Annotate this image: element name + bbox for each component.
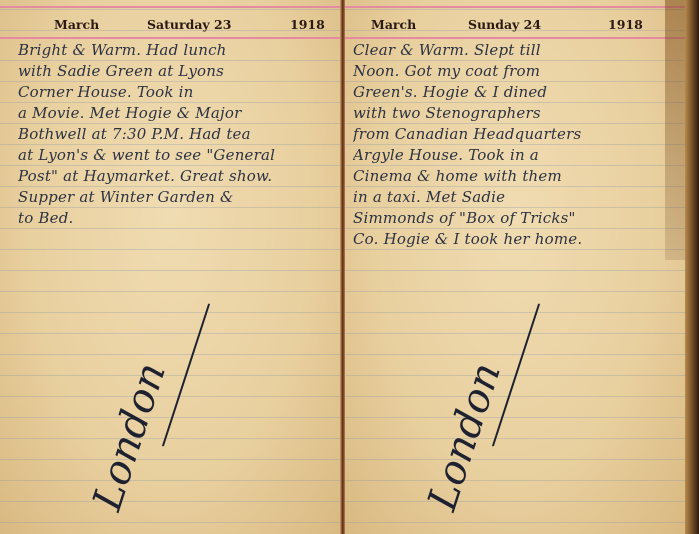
left-page: March Saturday 23 1918 Bright & Warm. Ha… [0, 0, 342, 534]
entry-line: in a taxi. Met Sadie [353, 187, 679, 208]
diary-spread: March Saturday 23 1918 Bright & Warm. Ha… [0, 0, 699, 534]
entry-line: to Bed. [18, 208, 328, 229]
entry-line: with two Stenographers [353, 103, 679, 124]
entry-line: Post" at Haymarket. Great show. [18, 166, 328, 187]
page-header: March Sunday 24 1918 [345, 12, 685, 32]
entry-line: Argyle House. Took in a [353, 145, 679, 166]
header-day: Saturday 23 [147, 17, 231, 32]
entry-line: Simmonds of "Box of Tricks" [353, 208, 679, 229]
place-annotation: London [84, 357, 175, 516]
entry-line: Clear & Warm. Slept till [353, 40, 679, 61]
page-header: March Saturday 23 1918 [0, 12, 342, 32]
entry-line: Corner House. Took in [18, 82, 328, 103]
edge-stain [665, 0, 685, 260]
entry-line: Bothwell at 7:30 P.M. Had tea [18, 124, 328, 145]
header-top-rule [0, 6, 342, 8]
right-page: March Sunday 24 1918 Clear & Warm. Slept… [345, 0, 685, 534]
entry-line: Cinema & home with them [353, 166, 679, 187]
header-bottom-rule [345, 37, 685, 39]
entry-line: Supper at Winter Garden & [18, 187, 328, 208]
entry-line: a Movie. Met Hogie & Major [18, 103, 328, 124]
entry-line: Bright & Warm. Had lunch [18, 40, 328, 61]
entry-line: from Canadian Headquarters [353, 124, 679, 145]
entry-line: Green's. Hogie & I dined [353, 82, 679, 103]
header-year: 1918 [608, 17, 643, 32]
header-month: March [371, 17, 416, 32]
entry-line: Noon. Got my coat from [353, 61, 679, 82]
diary-entry: Bright & Warm. Had lunch with Sadie Gree… [18, 40, 328, 229]
header-month: March [54, 17, 99, 32]
entry-line: with Sadie Green at Lyons [18, 61, 328, 82]
entry-line: Co. Hogie & I took her home. [353, 229, 679, 250]
entry-line: at Lyon's & went to see "General [18, 145, 328, 166]
header-bottom-rule [0, 37, 342, 39]
header-year: 1918 [290, 17, 325, 32]
diary-entry: Clear & Warm. Slept till Noon. Got my co… [353, 40, 679, 250]
header-day: Sunday 24 [468, 17, 541, 32]
header-top-rule [345, 6, 685, 8]
